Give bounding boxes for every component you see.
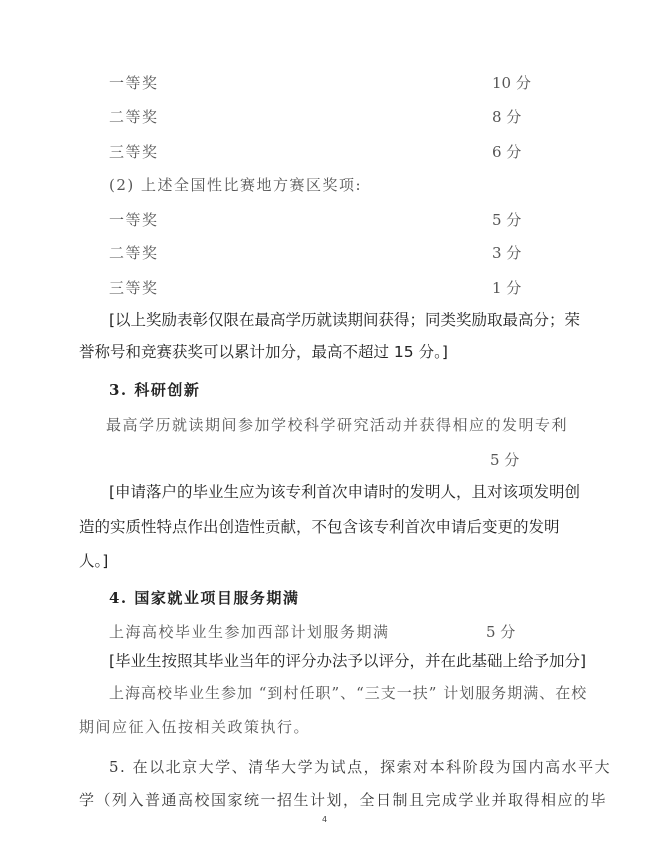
award-second-prize-label: 二等奖 — [109, 107, 159, 127]
section-3-note-line-2: 造的实质性特点作出创造性贡献，不包含该专利首次申请后变更的发明 — [79, 517, 560, 537]
section-4-paragraph-line-1: 上海高校毕业生参加 “到村任职”、“三支一扶” 计划服务期满、在校 — [109, 683, 587, 703]
regional-third-prize-score: 1 分 — [492, 278, 521, 298]
award-third-prize-label: 三等奖 — [109, 142, 159, 162]
section-3-note-line-1: [申请落户的毕业生应为该专利首次申请时的发明人，且对该项发明创 — [109, 482, 580, 502]
award-first-prize-score: 10 分 — [492, 73, 531, 93]
regional-second-prize-score: 3 分 — [492, 243, 521, 263]
regional-awards-heading: (2) 上述全国性比赛地方赛区奖项: — [109, 175, 362, 195]
regional-first-prize-score: 5 分 — [492, 210, 521, 230]
awards-note-line-1: [以上奖励表彰仅限在最高学历就读期间获得；同类奖励取最高分；荣 — [109, 310, 580, 330]
section-4-item-label: 上海高校毕业生参加西部计划服务期满 — [109, 622, 390, 642]
section-5-line-2: 学（列入普通高校国家统一招生计划，全日制且完成学业并取得相应的毕 — [79, 790, 607, 810]
award-third-prize-score: 6 分 — [492, 142, 521, 162]
section-3-title: 3. 科研创新 — [109, 380, 200, 400]
section-5-line-1: 5. 在以北京大学、清华大学为试点，探索对本科阶段为国内高水平大 — [109, 757, 611, 777]
award-second-prize-score: 8 分 — [492, 107, 521, 127]
section-4-note: [毕业生按照其毕业当年的评分办法予以评分，并在此基础上给予加分] — [109, 651, 586, 671]
section-3-score: 5 分 — [490, 450, 519, 470]
section-4-item-score: 5 分 — [486, 622, 515, 642]
section-3-note-line-3: 人。] — [79, 551, 108, 571]
regional-first-prize-label: 一等奖 — [109, 210, 159, 230]
page-number: 4 — [322, 815, 327, 824]
awards-note-line-2: 誉称号和竞赛获奖可以累计加分，最高不超过 15 分。] — [79, 342, 448, 362]
section-3-body: 最高学历就读期间参加学校科学研究活动并获得相应的发明专利 — [106, 415, 568, 435]
section-4-title: 4. 国家就业项目服务期满 — [109, 588, 299, 608]
award-first-prize-label: 一等奖 — [109, 73, 159, 93]
section-4-paragraph-line-2: 期间应征入伍按相关政策执行。 — [79, 717, 310, 737]
regional-second-prize-label: 二等奖 — [109, 243, 159, 263]
regional-third-prize-label: 三等奖 — [109, 278, 159, 298]
